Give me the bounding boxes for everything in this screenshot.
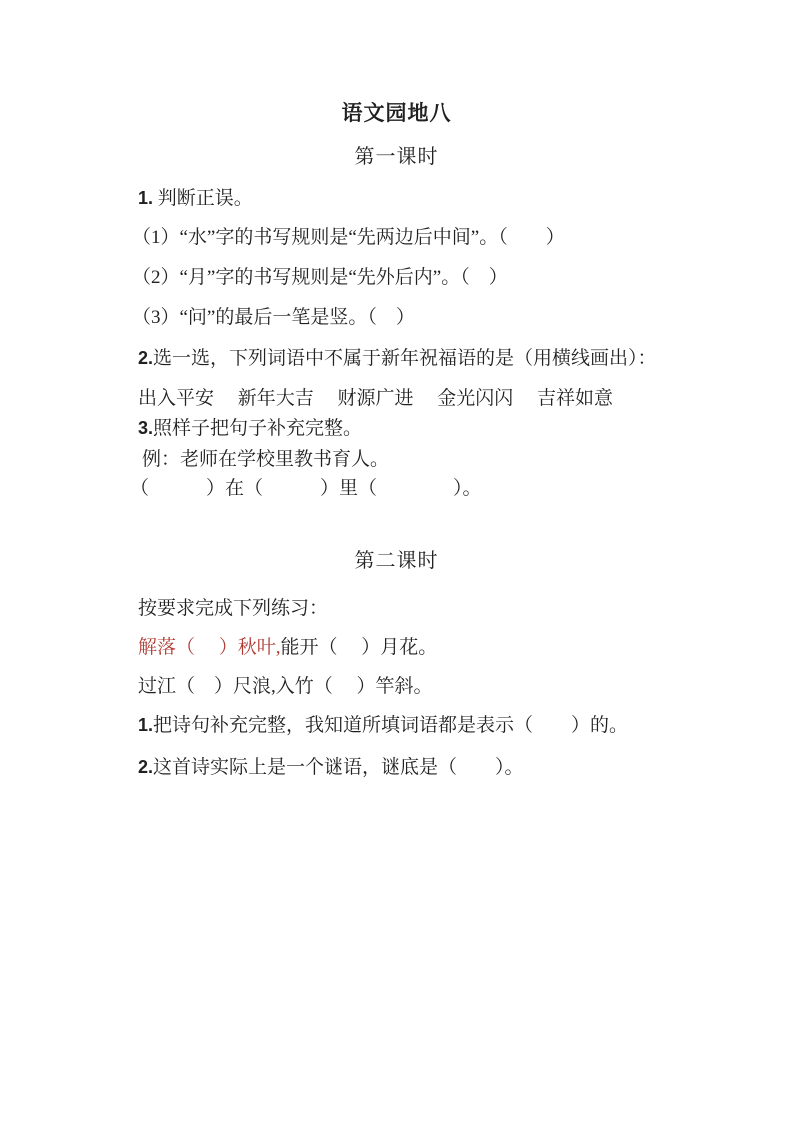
question-2: 2.选一选，下列词语中不属于新年祝福语的是（用横线画出）： (138, 346, 657, 371)
example-sentence: 例：老师在学校里教书育人。 (142, 448, 389, 472)
question-2-text: 选一选，下列词语中不属于新年祝福语的是（用横线画出）： (153, 348, 657, 369)
question-3-text: 照样子把句子补充完整。 (153, 418, 362, 439)
poem-line-1-black-part: 能开（ ）月花。 (281, 637, 438, 658)
question-1-text: 判断正误。 (153, 188, 253, 209)
word-bank: 出入平安 新年大吉 财源广进 金光闪闪 吉祥如意 (138, 387, 613, 411)
page-title: 语文园地八 (0, 101, 793, 125)
question-1-sub-2: （2）“月”字的书写规则是“先外后内”。（ ） (132, 266, 508, 290)
poem-line-1: 解落（ ）秋叶,能开（ ）月花。 (138, 636, 437, 660)
question-1-sub-1: （1）“水”字的书写规则是“先两边后中间”。（ ） (132, 226, 565, 250)
poem-line-2: 过江（ ）尺浪,入竹（ ）竿斜。 (138, 675, 433, 699)
section2-question-2-text: 这首诗实际上是一个谜语，谜底是（ ）。 (153, 757, 524, 778)
question-1: 1. 判断正误。 (138, 186, 253, 211)
question-3-number: 3. (138, 418, 153, 438)
section2-intro: 按要求完成下列练习： (138, 597, 328, 621)
question-3: 3.照样子把句子补充完整。 (138, 416, 362, 441)
question-2-number: 2. (138, 348, 153, 368)
section1-heading: 第一课时 (0, 145, 793, 169)
section2-heading: 第二课时 (0, 549, 793, 573)
section2-question-1-number: 1. (138, 715, 153, 735)
fill-blank-line: （ ）在（ ）里（ ）。 (130, 477, 482, 501)
poem-line-1-red-part: 解落（ ）秋叶, (138, 637, 281, 658)
section2-question-1: 1.把诗句补充完整，我知道所填词语都是表示（ ）的。 (138, 713, 628, 738)
section2-question-1-text: 把诗句补充完整，我知道所填词语都是表示（ ）的。 (153, 715, 628, 736)
document-page: 语文园地八 第一课时 1. 判断正误。 （1）“水”字的书写规则是“先两边后中间… (0, 0, 793, 1122)
question-1-sub-3: （3）“问”的最后一笔是竖。（ ） (132, 306, 415, 330)
section2-question-2-number: 2. (138, 757, 153, 777)
section2-question-2: 2.这首诗实际上是一个谜语，谜底是（ ）。 (138, 755, 524, 780)
question-1-number: 1. (138, 188, 153, 208)
